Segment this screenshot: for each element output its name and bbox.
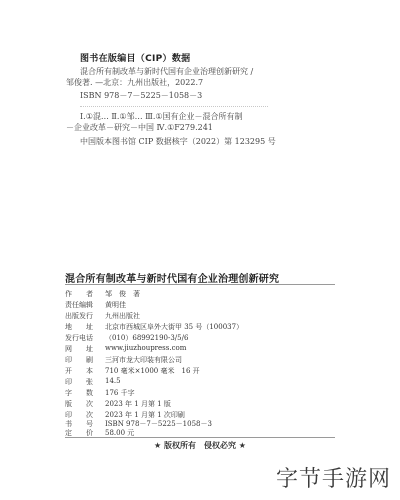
book-title: 混合所有制改革与新时代国有企业治理创新研究	[65, 270, 279, 285]
cip-record-number: 中国版本图书馆 CIP 数据核字（2022）第 123295 号	[80, 136, 276, 147]
cip-isbn-line: ISBN 978－7－5225－1058－3	[80, 90, 202, 101]
cip-title-line: 混合所有制改革与新时代国有企业治理创新研究 /	[80, 66, 253, 77]
info-row-address: 地 址 北京市西城区阜外大街甲 35 号（100037）	[65, 322, 243, 332]
bottom-rule	[65, 437, 335, 438]
info-label: 出版发行	[65, 311, 105, 321]
info-value: 14.5	[105, 377, 121, 387]
info-row-website: 网 址 www.jiuzhoupress.com	[65, 344, 186, 354]
info-row-sheets: 印 张 14.5	[65, 377, 121, 387]
info-label: 印 刷	[65, 355, 105, 365]
info-label: 责任编辑	[65, 300, 105, 310]
info-value: 176 千字	[105, 388, 135, 398]
info-label: 版 次	[65, 399, 105, 409]
title-rule	[65, 284, 335, 285]
info-row-word-count: 字 数 176 千字	[65, 388, 135, 398]
info-label: 发行电话	[65, 333, 105, 343]
site-watermark: 字节手游网	[276, 462, 391, 493]
cip-author-publisher-line: 邹俊著. —北京：九州出版社，2022.7	[66, 77, 203, 88]
info-label: 网 址	[65, 344, 105, 354]
info-row-printer: 印 刷 三河市龙大印装有限公司	[65, 355, 182, 365]
info-row-publisher: 出版发行 九州出版社	[65, 311, 140, 321]
info-value: 北京市西城区阜外大街甲 35 号（100037）	[105, 322, 243, 332]
book-copyright-page: 图书在版编目（CIP）数据 混合所有制改革与新时代国有企业治理创新研究 / 邹俊…	[0, 0, 400, 500]
info-value: 2023 年 1 月第 1 版	[105, 399, 171, 409]
cip-classification-line-1: Ⅰ.①混… Ⅱ.①邹… Ⅲ.①国有企业－混合所有制	[80, 111, 243, 122]
info-row-author: 作 者 邹 俊 著	[65, 289, 140, 299]
info-label: 开 本	[65, 366, 105, 376]
info-value: 710 毫米×1000 毫米 16 开	[105, 366, 200, 376]
info-value: 邹 俊 著	[105, 289, 140, 299]
copyright-notice: ★ 版权所有 侵权必究 ★	[0, 440, 400, 451]
info-value: 九州出版社	[105, 311, 140, 321]
info-label: 地 址	[65, 322, 105, 332]
info-row-editor: 责任编辑 黄明佳	[65, 300, 126, 310]
info-value: 三河市龙大印装有限公司	[105, 355, 182, 365]
info-label: 字 数	[65, 388, 105, 398]
info-row-format: 开 本 710 毫米×1000 毫米 16 开	[65, 366, 200, 376]
info-value: （010）68992190-3/5/6	[105, 333, 188, 343]
info-label: 作 者	[65, 289, 105, 299]
cip-classification-line-2: －企业改革－研究－中国 Ⅳ.①F279.241	[66, 122, 213, 133]
info-value: 黄明佳	[105, 300, 126, 310]
info-label: 印 张	[65, 377, 105, 387]
info-value: www.jiuzhoupress.com	[105, 344, 186, 354]
cip-heading: 图书在版编目（CIP）数据	[80, 51, 190, 64]
info-row-edition: 版 次 2023 年 1 月第 1 版	[65, 399, 171, 409]
cip-dotted-divider	[80, 106, 268, 107]
info-row-phone: 发行电话 （010）68992190-3/5/6	[65, 333, 188, 343]
